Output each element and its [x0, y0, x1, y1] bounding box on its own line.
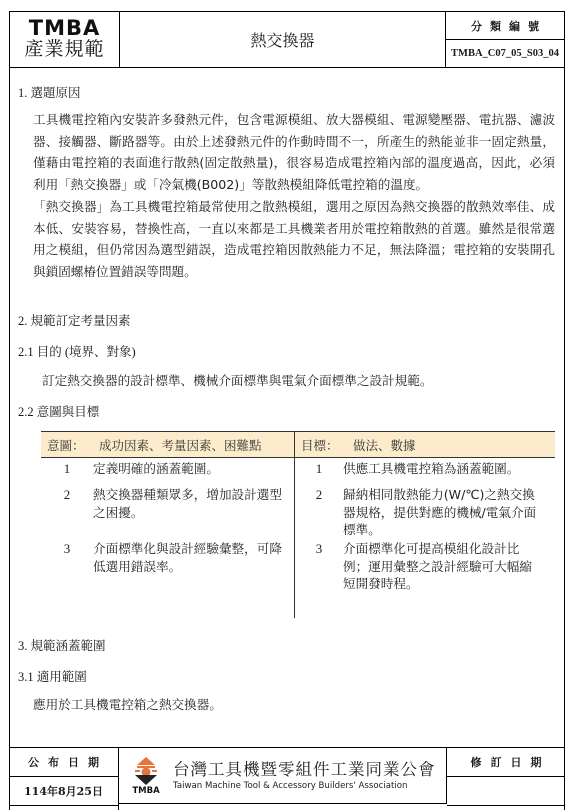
logo-subtitle: 產業規範 [24, 38, 104, 60]
section-1-paragraph-1: 工具機電控箱內安裝許多發熱元件，包含電源模組、放大器模組、電源變壓器、電抗器、濾… [33, 109, 555, 196]
section-3-heading: 3. 規範涵蓋範圍 [18, 636, 106, 654]
goal-header-desc: 做法、數據 [353, 436, 416, 454]
document-footer: 公布日期 114年8月25日 TMBA 台灣工具機暨零組件工業同業公會 Taiw… [9, 747, 565, 810]
section-3-1-heading: 3.1 適用範圍 [18, 667, 87, 685]
table-header: 意圖： 成功因素、考量因素、困難點 目標： 做法、數據 [41, 431, 555, 458]
section-2-heading: 2. 規範訂定考量因素 [18, 311, 131, 329]
publish-date-label: 公布日期 [9, 748, 118, 777]
section-1-body: 工具機電控箱內安裝許多發熱元件，包含電源模組、放大器模組、電源變壓器、電抗器、濾… [33, 109, 555, 283]
section-1-heading: 1. 選題原因 [18, 83, 81, 101]
revision-date [447, 777, 565, 806]
publish-date: 114年8月25日 [9, 777, 118, 806]
section-2-2-heading: 2.2 意圖與目標 [18, 402, 99, 420]
goal-header-key: 目標： [295, 436, 353, 454]
goal-column: 1 供應工具機電控箱為涵蓋範圍。 2 歸納相同散熱能力(W/℃)之熱交換器規格，… [295, 458, 555, 618]
association-banner: TMBA 台灣工具機暨零組件工業同業公會 Taiwan Machine Tool… [119, 748, 447, 804]
table-row: 3 介面標準化可提高模組化設計比例；運用彙整之設計經驗可大幅縮短開發時程。 [295, 540, 543, 593]
table-row: 2 歸納相同散熱能力(W/℃)之熱交換器規格，提供對應的機械/電氣介面標準。 [295, 486, 543, 539]
table-row: 1 定義明確的涵蓋範圍。 [41, 460, 283, 478]
logo-text: TMBA [29, 19, 100, 38]
intent-column: 1 定義明確的涵蓋範圍。 2 熱交換器種類眾多，增加設計選型之困擾。 3 介面標… [41, 458, 295, 618]
association-name-zh: 台灣工具機暨零組件工業同業公會 [173, 760, 436, 780]
classification-code-box: 分類編號 TMBA_C07_05_S03_04 [446, 12, 564, 67]
document-title: 熱交換器 [120, 12, 446, 67]
section-3-1-text: 應用於工具機電控箱之熱交換器。 [33, 694, 561, 716]
classification-label: 分類編號 [446, 12, 564, 40]
section-2-1-heading: 2.1 目的 (境界、對象) [18, 342, 136, 360]
table-row: 1 供應工具機電控箱為涵蓋範圍。 [295, 460, 543, 478]
intent-header-desc: 成功因素、考量因素、困難點 [99, 436, 262, 454]
table-row: 3 介面標準化與設計經驗彙整，可降低選用錯誤率。 [41, 540, 283, 575]
association-name-en: Taiwan Machine Tool & Accessory Builders… [173, 780, 436, 792]
section-1-paragraph-2: 「熱交換器」為工具機電控箱最常使用之散熱模組，選用之原因為熱交換器的散熱效率佳、… [33, 196, 555, 283]
intent-goal-table: 意圖： 成功因素、考量因素、困難點 目標： 做法、數據 1 定義明確的涵蓋範圍。… [41, 431, 555, 618]
revision-date-label: 修訂日期 [447, 748, 565, 777]
logo-mark-text: TMBA [132, 786, 159, 796]
tmba-mark-icon: TMBA [129, 756, 163, 796]
intent-header-key: 意圖： [41, 436, 99, 454]
document-header: TMBA 產業規範 熱交換器 分類編號 TMBA_C07_05_S03_04 [9, 11, 565, 68]
tmba-logo: TMBA 產業規範 [10, 12, 120, 67]
table-row: 2 熱交換器種類眾多，增加設計選型之困擾。 [41, 486, 283, 521]
classification-code: TMBA_C07_05_S03_04 [446, 40, 564, 67]
section-2-1-text: 訂定熱交換器的設計標準、機械介面標準與電氣介面標準之設計規範。 [42, 370, 570, 392]
